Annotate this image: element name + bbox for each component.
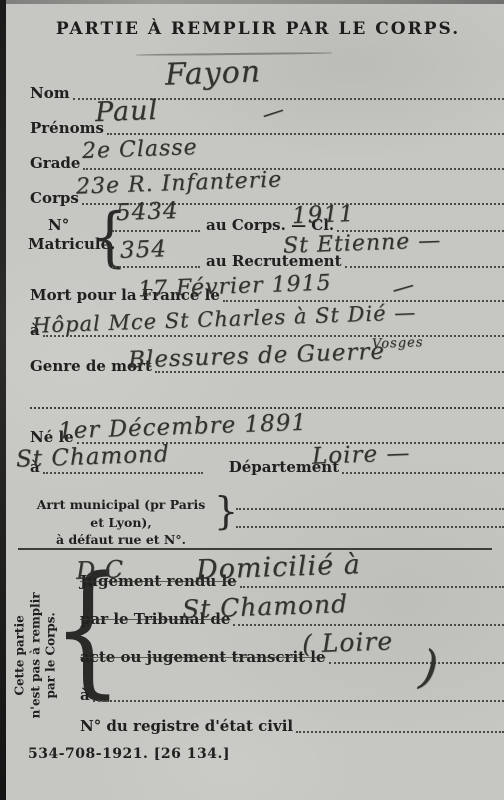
arr-municipal-label: Arrt municipal (pr Paris et Lyon), à déf… <box>28 496 214 549</box>
sidebar-note-line2: n'est pas à remplir <box>28 580 44 730</box>
record-card: PARTIE À REMPLIR PAR LE CORPS. Nom Fayon… <box>0 0 504 800</box>
arr-municipal-label-line1: Arrt municipal (pr Paris et Lyon), <box>28 496 214 531</box>
registre-line <box>296 731 504 733</box>
hw-nom: Fayon <box>164 54 261 92</box>
scan-edge-top <box>0 0 504 4</box>
matricule-recrutement-line <box>112 266 200 268</box>
arr-municipal-line1-row <box>236 492 504 512</box>
hw-matricule-classe: 1911 <box>292 201 355 229</box>
prenoms-line <box>107 133 504 135</box>
imprint-reference: 534-708-1921. [26 134.] <box>28 746 230 762</box>
field-registre: N° du registre d'état civil <box>80 715 504 735</box>
hw-commune: St Chamond <box>182 589 349 624</box>
arr-municipal-brace: } <box>214 492 238 530</box>
arr-municipal-line2 <box>236 526 504 528</box>
hw-initials: D C <box>76 555 125 585</box>
sidebar-note-line1: Cette partie <box>13 580 29 730</box>
prenoms-label: Prénoms <box>30 121 104 137</box>
field-a-bottom: à <box>80 684 504 704</box>
section-divider-dotted <box>30 407 504 409</box>
acte-line <box>329 662 504 664</box>
hw-grade: 2e Classe <box>82 135 198 164</box>
hw-matricule-corps: 5434 <box>116 198 179 226</box>
ne-lieu-line <box>43 472 203 474</box>
departement-line <box>342 472 504 474</box>
matricule-recrutement-lieu-line <box>345 266 504 268</box>
hw-matricule-recrutement: 354 <box>120 236 168 264</box>
matricule-corps-line <box>112 230 200 232</box>
hw-departement-bottom: ( Loire <box>302 626 394 658</box>
registre-label: N° du registre d'état civil <box>80 719 293 735</box>
hw-departement: Loire — <box>312 440 411 469</box>
grade-label: Grade <box>30 156 80 172</box>
hw-ne-lieu: St Chamond <box>16 441 170 472</box>
a-bottom-line <box>93 700 504 702</box>
hw-domicilie: Domicilié à <box>196 549 362 586</box>
a-bottom-label: à <box>80 688 90 704</box>
tribunal-line <box>233 624 504 626</box>
acte-label: acte ou jugement transcrit le <box>80 650 326 666</box>
page-title: PARTIE À REMPLIR PAR LE CORPS. <box>12 19 504 39</box>
scan-edge-left <box>0 0 6 800</box>
lieu-mort-line <box>43 335 504 337</box>
hw-prenoms: Paul <box>94 95 158 128</box>
matricule-no-label: N° <box>48 218 69 234</box>
nom-label: Nom <box>30 86 70 102</box>
grade-line <box>83 168 504 170</box>
jugement-line <box>240 586 504 588</box>
genre-mort-line <box>155 371 504 373</box>
corps-label: Corps <box>30 191 79 207</box>
arr-municipal-line2-row <box>236 510 504 530</box>
